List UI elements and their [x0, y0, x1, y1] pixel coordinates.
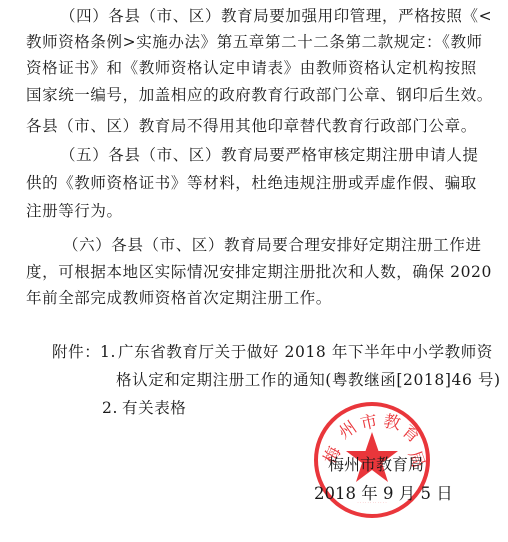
attachment-2-line: 有关表格	[122, 398, 186, 418]
attachment-1-line: 广东省教育厅关于做好 2018 年下半年中小学教师资	[118, 342, 493, 362]
text-line: 教师资格条例>实施办法》第五章第二十二条第二款规定：《教师	[26, 32, 483, 52]
text-line: 度，可根据本地区实际情况安排定期注册批次和人数，确保 2020	[26, 262, 492, 282]
text-line: 注册等行为。	[26, 201, 123, 221]
attachment-number: 2.	[102, 398, 118, 418]
text-line: 国家统一编号，加盖相应的政府教育行政部门公章、钢印后生效。	[26, 85, 493, 105]
text-line: 资格证书》和《教师资格认定申请表》由教师资格认定机构按照	[26, 58, 477, 78]
text-line: 供的《教师资格证书》等材料，杜绝违规注册或弄虚作假、骗取	[26, 173, 477, 193]
text-line: 年前全部完成教师资格首次定期注册工作。	[26, 288, 332, 308]
text-line: （四）各县（市、区）教育局要加强用印管理，严格按照《<	[60, 6, 492, 26]
text-line: （六）各县（市、区）教育局要合理安排好定期注册工作进	[63, 235, 482, 255]
signature-organization: 梅州市教育局	[328, 452, 424, 475]
signature-date: 2018 年 9 月 5 日	[314, 480, 453, 504]
attachment-1-line: 格认定和定期注册工作的通知(粤教继函[2018]46 号)	[116, 370, 501, 390]
attachments-label: 附件：	[52, 342, 100, 362]
attachment-number: 1.	[100, 342, 116, 362]
text-line: 各县（市、区）教育局不得用其他印章替代教育行政部门公章。	[26, 116, 477, 136]
text-line: （五）各县（市、区）教育局要严格审核定期注册申请人提	[60, 145, 479, 165]
